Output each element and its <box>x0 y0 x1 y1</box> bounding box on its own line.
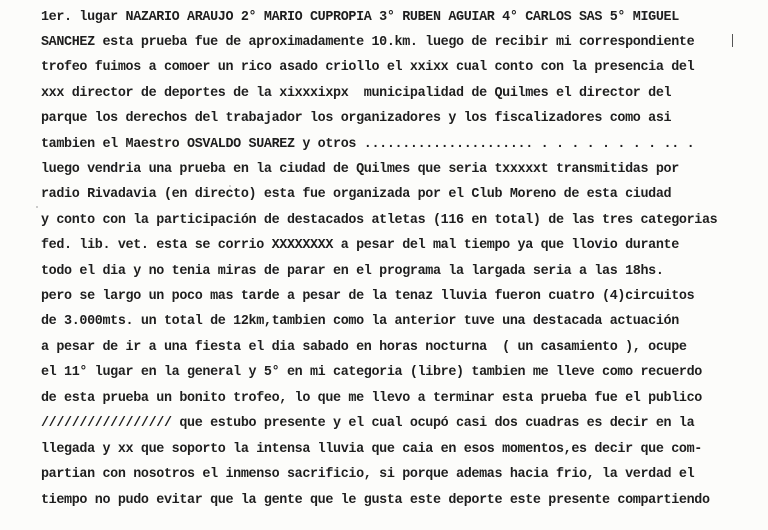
text-line-19: partian con nosotros el inmenso sacrific… <box>41 467 694 483</box>
text-line-11: todo el dia y no tenia miras de parar en… <box>41 264 664 280</box>
text-line-18: llegada y xx que soporto la intensa lluv… <box>41 442 702 458</box>
text-line-13: de 3.000mts. un total de 12km,tambien co… <box>41 314 679 330</box>
text-line-8: radio Rivadavia (en directo) esta fue or… <box>41 187 671 203</box>
margin-pen-mark <box>732 34 733 47</box>
paper-speck <box>229 185 231 187</box>
paper-speck <box>36 206 38 208</box>
text-line-20: tiempo no pudo evitar que la gente que l… <box>41 493 710 509</box>
text-line-14: a pesar de ir a una fiesta el dia sabado… <box>41 340 687 356</box>
text-line-12: pero se largo un poco mas tarde a pesar … <box>41 289 694 305</box>
text-line-3: trofeo fuimos a comoer un rico asado cri… <box>41 60 694 76</box>
text-line-2: SANCHEZ esta prueba fue de aproximadamen… <box>41 35 694 51</box>
text-line-1: 1er. lugar NAZARIO ARAUJO 2° MARIO CUPRO… <box>41 10 679 26</box>
text-line-9: y conto con la participación de destacad… <box>41 213 717 229</box>
text-line-5: parque los derechos del trabajador los o… <box>41 111 671 127</box>
text-line-6: tambien el Maestro OSVALDO SUAREZ y otro… <box>41 137 694 153</box>
text-line-10: fed. lib. vet. esta se corrio XXXXXXXX a… <box>41 238 679 254</box>
text-line-7: luego vendria una prueba en la ciudad de… <box>41 162 679 178</box>
typewritten-page: 1er. lugar NAZARIO ARAUJO 2° MARIO CUPRO… <box>0 0 768 530</box>
text-line-4: xxx director de deportes de la xixxxixpx… <box>41 86 671 102</box>
text-line-16: de esta prueba un bonito trofeo, lo que … <box>41 391 702 407</box>
text-line-15: el 11° lugar en la general y 5° en mi ca… <box>41 365 702 381</box>
text-line-17: ///////////////// que estubo presente y … <box>41 416 694 432</box>
